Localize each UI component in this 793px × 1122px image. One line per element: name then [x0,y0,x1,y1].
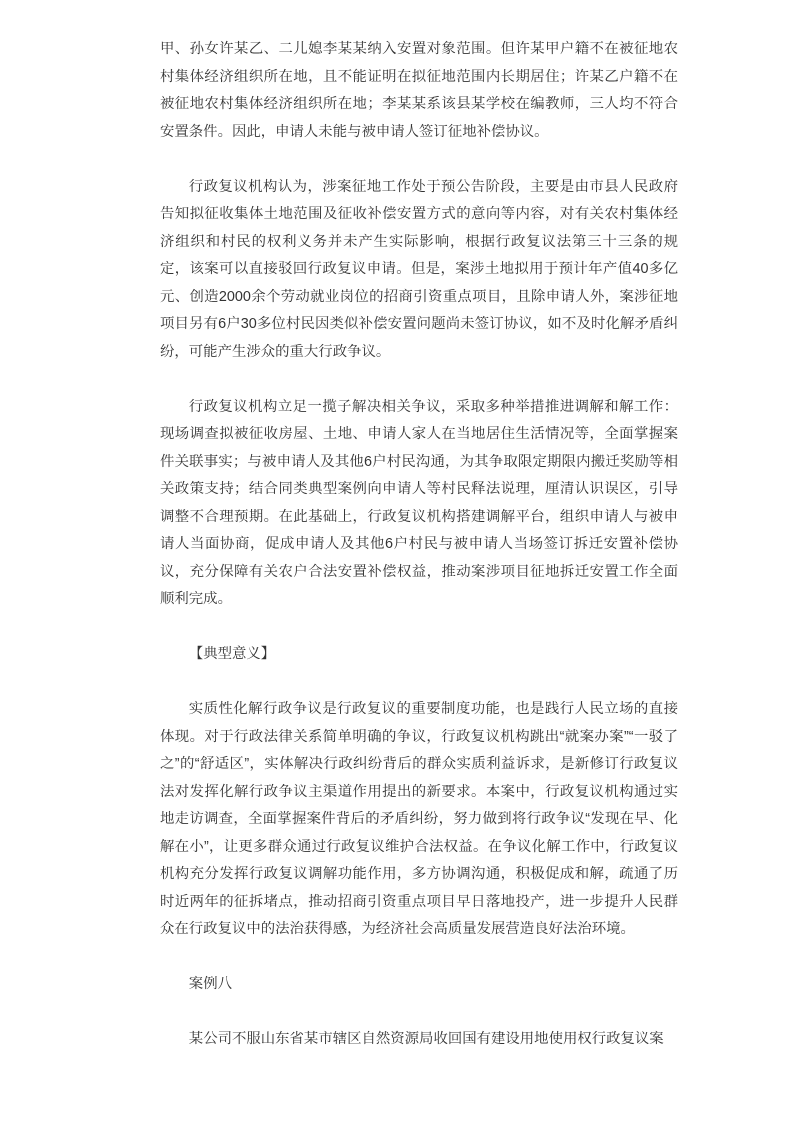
case-label-case-eight: 案例八 [160,971,678,999]
section-heading-typical-significance: 【典型意义】 [160,641,678,669]
document-page: 甲、孙女许某乙、二儿媳李某某纳入安置对象范围。但许某甲户籍不在被征地农村集体经济… [0,0,793,1122]
paragraph-typical-significance: 实质性化解行政争议是行政复议的重要制度功能，也是践行人民立场的直接体现。对于行政… [160,696,678,944]
paragraph-continuation: 甲、孙女许某乙、二儿媳李某某纳入安置对象范围。但许某甲户籍不在被征地农村集体经济… [160,36,678,146]
case-title-case-eight: 某公司不服山东省某市辖区自然资源局收回国有建设用地使用权行政复议案 [160,1026,678,1054]
paragraph-mediation-measures: 行政复议机构立足一揽子解决相关争议，采取多种举措推进调解和解工作：现场调查拟被征… [160,394,678,614]
document-body: 甲、孙女许某乙、二儿媳李某某纳入安置对象范围。但许某甲户籍不在被征地农村集体经济… [0,0,793,1054]
paragraph-review-opinion: 行政复议机构认为，涉案征地工作处于预公告阶段，主要是由市县人民政府告知拟征收集体… [160,174,678,367]
